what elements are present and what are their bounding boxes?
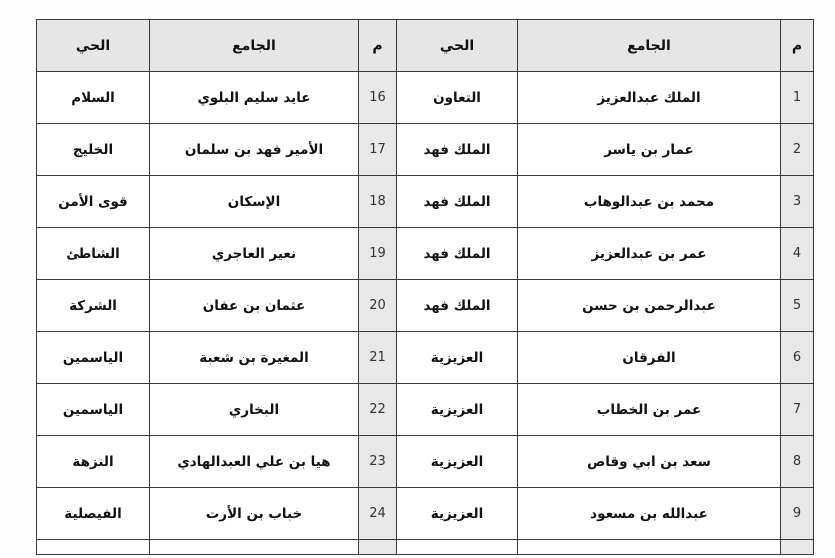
num-cell: 22 (359, 384, 397, 436)
district-cell: الملك فهد (397, 280, 518, 332)
num-cell: 19 (359, 228, 397, 280)
num-cell: 23 (359, 436, 397, 488)
mosque-cell: الإسكان (150, 176, 359, 228)
num-cell: 21 (359, 332, 397, 384)
mosque-cell: الأمير فهد بن سلمان (150, 124, 359, 176)
num-cell: 5 (781, 280, 814, 332)
district-cell: الياسمين (37, 384, 150, 436)
mosque-cell: المغيرة بن شعبة (150, 332, 359, 384)
mosque-cell: عمار بن ياسر (518, 124, 781, 176)
num-cell: 3 (781, 176, 814, 228)
district-cell: الشركة (37, 280, 150, 332)
district-cell-empty (37, 540, 150, 555)
mosque-cell: عثمان بن عفان (150, 280, 359, 332)
num-cell: 20 (359, 280, 397, 332)
num-cell: 24 (359, 488, 397, 540)
mosque-cell: خباب بن الأرت (150, 488, 359, 540)
num-cell: 16 (359, 72, 397, 124)
table-row: السلام عايد سليم البلوي 16 التعاون الملك… (37, 72, 814, 124)
district-cell: الشاطئ (37, 228, 150, 280)
district-cell-empty (397, 540, 518, 555)
district-cell: السلام (37, 72, 150, 124)
district-cell: التعاون (397, 72, 518, 124)
num-cell: 2 (781, 124, 814, 176)
district-cell: العزيزية (397, 488, 518, 540)
table-row: الياسمين البخاري 22 العزيزية عمر بن الخط… (37, 384, 814, 436)
table-row: الياسمين المغيرة بن شعبة 21 العزيزية الف… (37, 332, 814, 384)
header-mosque-right: الجامع (518, 20, 781, 72)
num-cell: 9 (781, 488, 814, 540)
mosque-cell: سعد بن ابي وقاص (518, 436, 781, 488)
table-row: الشركة عثمان بن عفان 20 الملك فهد عبدالر… (37, 280, 814, 332)
header-mosque-left: الجامع (150, 20, 359, 72)
header-num-left: م (359, 20, 397, 72)
num-cell: 17 (359, 124, 397, 176)
table-row: النزهة هيا بن علي العبدالهادي 23 العزيزي… (37, 436, 814, 488)
num-cell: 7 (781, 384, 814, 436)
mosques-table: الحي الجامع م الحي الجامع م السلام عايد … (36, 19, 814, 555)
mosque-cell-empty (150, 540, 359, 555)
district-cell: الملك فهد (397, 124, 518, 176)
mosque-cell: عمر بن عبدالعزيز (518, 228, 781, 280)
num-cell-empty (359, 540, 397, 555)
district-cell: الملك فهد (397, 228, 518, 280)
district-cell: قوى الأمن (37, 176, 150, 228)
district-cell: العزيزية (397, 384, 518, 436)
district-cell: الخليج (37, 124, 150, 176)
mosque-cell-empty (518, 540, 781, 555)
district-cell: النزهة (37, 436, 150, 488)
num-cell: 8 (781, 436, 814, 488)
num-cell: 18 (359, 176, 397, 228)
table-row: قوى الأمن الإسكان 18 الملك فهد محمد بن ع… (37, 176, 814, 228)
num-cell-empty (781, 540, 814, 555)
district-cell: الياسمين (37, 332, 150, 384)
mosque-cell: الفرقان (518, 332, 781, 384)
mosque-cell: نعير العاجري (150, 228, 359, 280)
table-row: الفيصلية خباب بن الأرت 24 العزيزية عبدال… (37, 488, 814, 540)
table-row-partial (37, 540, 814, 555)
district-cell: الفيصلية (37, 488, 150, 540)
header-district-left: الحي (37, 20, 150, 72)
district-cell: العزيزية (397, 436, 518, 488)
num-cell: 6 (781, 332, 814, 384)
mosque-cell: عبدالرحمن بن حسن (518, 280, 781, 332)
district-cell: العزيزية (397, 332, 518, 384)
table-row: الخليج الأمير فهد بن سلمان 17 الملك فهد … (37, 124, 814, 176)
district-cell: الملك فهد (397, 176, 518, 228)
num-cell: 1 (781, 72, 814, 124)
mosque-cell: محمد بن عبدالوهاب (518, 176, 781, 228)
document-page: الحي الجامع م الحي الجامع م السلام عايد … (0, 0, 835, 558)
mosque-cell: هيا بن علي العبدالهادي (150, 436, 359, 488)
mosque-cell: عمر بن الخطاب (518, 384, 781, 436)
mosque-cell: البخاري (150, 384, 359, 436)
mosque-cell: الملك عبدالعزيز (518, 72, 781, 124)
num-cell: 4 (781, 228, 814, 280)
header-num-right: م (781, 20, 814, 72)
header-row: الحي الجامع م الحي الجامع م (37, 20, 814, 72)
table-row: الشاطئ نعير العاجري 19 الملك فهد عمر بن … (37, 228, 814, 280)
header-district-right: الحي (397, 20, 518, 72)
mosque-cell: عبدالله بن مسعود (518, 488, 781, 540)
mosque-cell: عايد سليم البلوي (150, 72, 359, 124)
